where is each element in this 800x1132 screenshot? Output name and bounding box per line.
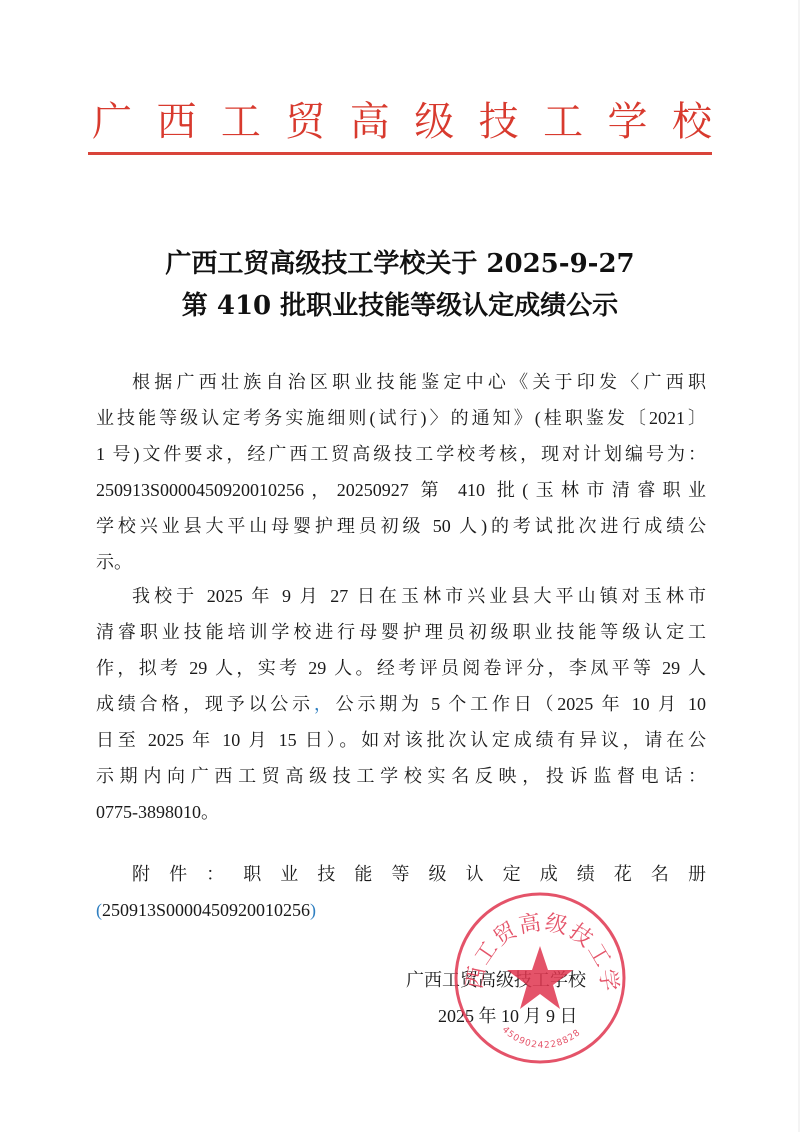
text-line: 根据广西壮族自治区职业技能鉴定中心《关于印发〈广西职 <box>96 364 706 400</box>
comma-mark: ， <box>314 694 336 714</box>
letterhead-char: 技 <box>479 98 519 146</box>
letterhead-title: 广 西 工 贸 高 级 技 工 学 校 <box>92 98 712 146</box>
close-paren: ) <box>310 900 316 920</box>
signature-block: 广西工贸高级技工学校 2025 年 10 月 9 日 <box>406 962 586 1034</box>
attachment-note: 附件：职业技能等级认定成绩花名册 (250913S000045092001025… <box>96 856 706 928</box>
paragraph-results: 我校于 2025 年 9 月 27 日在玉林市兴业县大平山镇对玉林市 清睿职业技… <box>96 578 706 830</box>
text-line-compound: 成绩合格，现予以公示，公示期为 5 个工作日（2025 年 10 月 10 <box>96 686 706 722</box>
letterhead-divider <box>88 152 712 155</box>
letterhead-char: 学 <box>608 98 648 146</box>
letterhead-char: 工 <box>221 98 261 146</box>
text-line: 学校兴业县大平山母婴护理员初级 50 人)的考试批次进行成绩公 <box>96 508 706 544</box>
plan-number: 250913S0000450920010256 <box>102 900 310 920</box>
text-segment: 成绩合格，现予以公示 <box>96 694 314 714</box>
attachment-plan-number: (250913S0000450920010256) <box>96 900 316 920</box>
letterhead-char: 工 <box>543 98 583 146</box>
paragraph-basis: 根据广西壮族自治区职业技能鉴定中心《关于印发〈广西职 业技能等级认定考务实施细则… <box>96 364 706 580</box>
document-title-line2: 第 410 批职业技能等级认定成绩公示 <box>0 285 800 322</box>
text-line: 250913S0000450920010256，20250927 第 410 批… <box>96 472 706 508</box>
letterhead-char: 广 <box>92 98 132 146</box>
text-line: 1 号)文件要求，经广西工贸高级技工学校考核，现对计划编号为： <box>96 436 706 472</box>
letterhead-char: 贸 <box>285 98 325 146</box>
text-line: 示。 <box>96 544 706 580</box>
text-line: 示期内向广西工贸高级技工学校实名反映，投诉监督电话： <box>96 758 706 794</box>
letterhead-char: 高 <box>350 98 390 146</box>
letterhead-char: 级 <box>414 98 454 146</box>
document-title-line1: 广西工贸高级技工学校关于 2025-9-27 <box>0 243 800 280</box>
signature-org: 广西工贸高级技工学校 <box>406 970 586 990</box>
letterhead-char: 校 <box>672 98 712 146</box>
text-line: 我校于 2025 年 9 月 27 日在玉林市兴业县大平山镇对玉林市 <box>96 578 706 614</box>
signature-date: 2025 年 10 月 9 日 <box>406 998 586 1034</box>
text-line: 清睿职业技能培训学校进行母婴护理员初级职业技能等级认定工 <box>96 614 706 650</box>
text-line: 作，拟考 29 人，实考 29 人。经考评员阅卷评分，李凤平等 29 人 <box>96 650 706 686</box>
text-line: 日至 2025 年 10 月 15 日）。如对该批次认定成绩有异议，请在公 <box>96 722 706 758</box>
attachment-label: 附件：职业技能等级认定成绩花名册 <box>96 856 706 892</box>
text-segment: 公示期为 5 个工作日（2025 年 10 月 10 <box>336 694 706 714</box>
letterhead-char: 西 <box>156 98 196 146</box>
text-line: 业技能等级认定考务实施细则(试行)〉的通知》(桂职鉴发〔2021〕 <box>96 400 706 436</box>
phone-number: 0775-3898010。 <box>96 794 706 830</box>
